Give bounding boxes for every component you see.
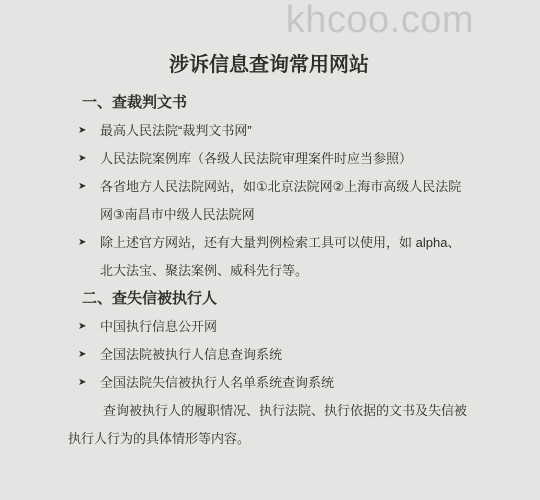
document-page: 涉诉信息查询常用网站 一、查裁判文书 ➤ 最高人民法院“裁判文书网” ➤ 人民法…	[0, 0, 540, 453]
list-item-text: 全国法院被执行人信息查询系统	[100, 347, 282, 362]
arrow-bullet-icon: ➤	[78, 117, 86, 145]
list-item: ➤ 最高人民法院“裁判文书网”	[68, 117, 470, 145]
arrow-bullet-icon: ➤	[78, 369, 86, 397]
section-heading-1: 一、查裁判文书	[82, 89, 470, 117]
section-1-list: ➤ 最高人民法院“裁判文书网” ➤ 人民法院案例库（各级人民法院审理案件时应当参…	[68, 117, 470, 285]
list-item: ➤ 各省地方人民法院网站，如①北京法院网②上海市高级人民法院网③南昌市中级人民法…	[68, 173, 470, 229]
closing-paragraph: 查询被执行人的履职情况、执行法院、执行依据的文书及失信被执行人行为的具体情形等内…	[68, 397, 470, 453]
list-item: ➤ 除上述官方网站，还有大量判例检索工具可以使用，如 alpha、北大法宝、聚法…	[68, 229, 470, 285]
list-item-text: 人民法院案例库（各级人民法院审理案件时应当参照）	[100, 151, 412, 166]
list-item: ➤ 人民法院案例库（各级人民法院审理案件时应当参照）	[68, 145, 470, 173]
arrow-bullet-icon: ➤	[78, 145, 86, 173]
arrow-bullet-icon: ➤	[78, 173, 86, 201]
section-heading-2: 二、查失信被执行人	[82, 285, 470, 313]
list-item-text: 各省地方人民法院网站，如①北京法院网②上海市高级人民法院网③南昌市中级人民法院网	[100, 179, 461, 222]
arrow-bullet-icon: ➤	[78, 313, 86, 341]
list-item: ➤ 全国法院失信被执行人名单系统查询系统	[68, 369, 470, 397]
list-item-text: 全国法院失信被执行人名单系统查询系统	[100, 375, 334, 390]
list-item-text: 中国执行信息公开网	[100, 319, 217, 334]
page-title: 涉诉信息查询常用网站	[68, 52, 470, 78]
list-item: ➤ 中国执行信息公开网	[68, 313, 470, 341]
list-item-text: 最高人民法院“裁判文书网”	[100, 123, 252, 138]
list-item-text: 除上述官方网站，还有大量判例检索工具可以使用，如 alpha、北大法宝、聚法案例…	[100, 235, 460, 278]
arrow-bullet-icon: ➤	[78, 229, 86, 257]
list-item: ➤ 全国法院被执行人信息查询系统	[68, 341, 470, 369]
arrow-bullet-icon: ➤	[78, 341, 86, 369]
section-2-list: ➤ 中国执行信息公开网 ➤ 全国法院被执行人信息查询系统 ➤ 全国法院失信被执行…	[68, 313, 470, 397]
